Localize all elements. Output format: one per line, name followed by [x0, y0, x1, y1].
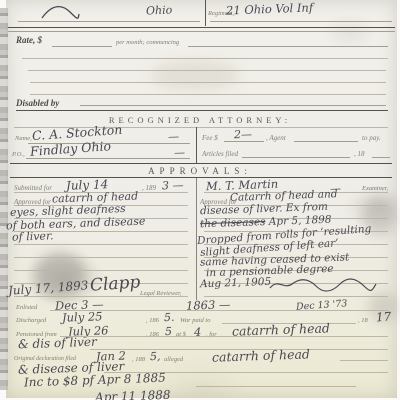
rule-line: [242, 157, 350, 158]
column-divider: [205, 0, 206, 26]
disabled-by-label: Disabled by: [16, 98, 59, 108]
rule-line: [210, 21, 392, 22]
examiner-label: Examiner,: [362, 185, 388, 192]
rule-line: [18, 21, 200, 22]
approved-right-line: Aug 21, 1905: [200, 276, 272, 290]
double-rule-bottom: [8, 31, 395, 32]
pensioned-cause2: & dis of liver: [18, 335, 97, 352]
approvals-section-title: APPROVALS:: [0, 166, 400, 176]
attorney-section-title: RECOGNIZED ATTORNEY:: [0, 115, 400, 125]
rule-line: [188, 46, 388, 47]
rule-line: [224, 141, 264, 142]
discharged-value: July 25: [62, 309, 103, 324]
war-paid-label: War paid to: [180, 317, 210, 324]
rule-line: [30, 94, 386, 95]
double-rule-top: [10, 163, 392, 164]
column-divider: [196, 127, 197, 164]
rule-line: [204, 296, 388, 297]
rule-line: [28, 70, 386, 71]
original-year-digit: 5,: [150, 350, 161, 363]
left-state-value: Ohio: [146, 4, 173, 18]
original-year-printed: , 188: [132, 356, 145, 363]
to-pay-label: to pay.: [362, 134, 381, 142]
legal-reviewer-label: Legal Reviewer,: [140, 290, 182, 297]
scan-torn-edge: [0, 8, 8, 390]
rule-line: [14, 244, 188, 245]
double-rule-top: [8, 27, 395, 28]
agent-label: , Agent: [266, 134, 286, 142]
pen-flourish: [40, 2, 80, 22]
rate-label: Rate, $: [16, 35, 42, 45]
fee-label: Fee $: [202, 134, 218, 142]
scanned-pension-document: Ohio Regiment, 21 Ohio Vol Inf Rate, $ p…: [0, 0, 400, 400]
rule-line: [14, 257, 188, 258]
war-paid-year-label: , 18: [358, 317, 368, 324]
last-date-line: Apr 11 1888: [95, 388, 171, 400]
discharged-label: Discharged: [16, 317, 46, 324]
dash-mark: —: [168, 130, 179, 143]
rule-line: [16, 110, 388, 111]
enlisted-label: Enlisted: [16, 304, 37, 311]
ink-smudge: [150, 60, 240, 90]
attorney-name-label: Name,: [15, 135, 32, 142]
struck-phrase: the diseases: [200, 216, 266, 230]
rule-line: [22, 58, 388, 59]
articles-year-label: , 18: [354, 150, 365, 158]
discharged-year-printed: , 186: [146, 317, 159, 324]
submitted-for-label: Submitted for: [14, 184, 52, 192]
discharged-year-digit: 5.: [164, 311, 175, 324]
rule-line: [60, 336, 388, 337]
rule-line: [14, 270, 188, 271]
rule-line: [26, 158, 190, 159]
rule-line: [294, 141, 358, 142]
rule-line: [52, 46, 112, 47]
rule-line: [372, 157, 390, 158]
rule-line: [30, 82, 386, 83]
attorney-po-label: P.O.,: [12, 151, 25, 158]
fee-value: 2—: [234, 128, 252, 142]
approved-left-line: of liver.: [12, 229, 54, 243]
submitted-year-printed: , 189: [142, 184, 156, 192]
margin-note-flourish: 17: [376, 309, 392, 324]
articles-filed-label: Articles filed: [202, 150, 238, 158]
submitted-year-digit: 3 —: [162, 179, 184, 193]
reviewer-name: Clapp: [89, 272, 141, 295]
signature-scrawl: [268, 276, 378, 294]
rule-line: [340, 360, 388, 361]
rule-line: [196, 386, 356, 387]
alleged-label: alleged: [164, 356, 183, 363]
per-month-label: per month; commencing: [116, 39, 179, 46]
rule-line: [80, 105, 386, 106]
